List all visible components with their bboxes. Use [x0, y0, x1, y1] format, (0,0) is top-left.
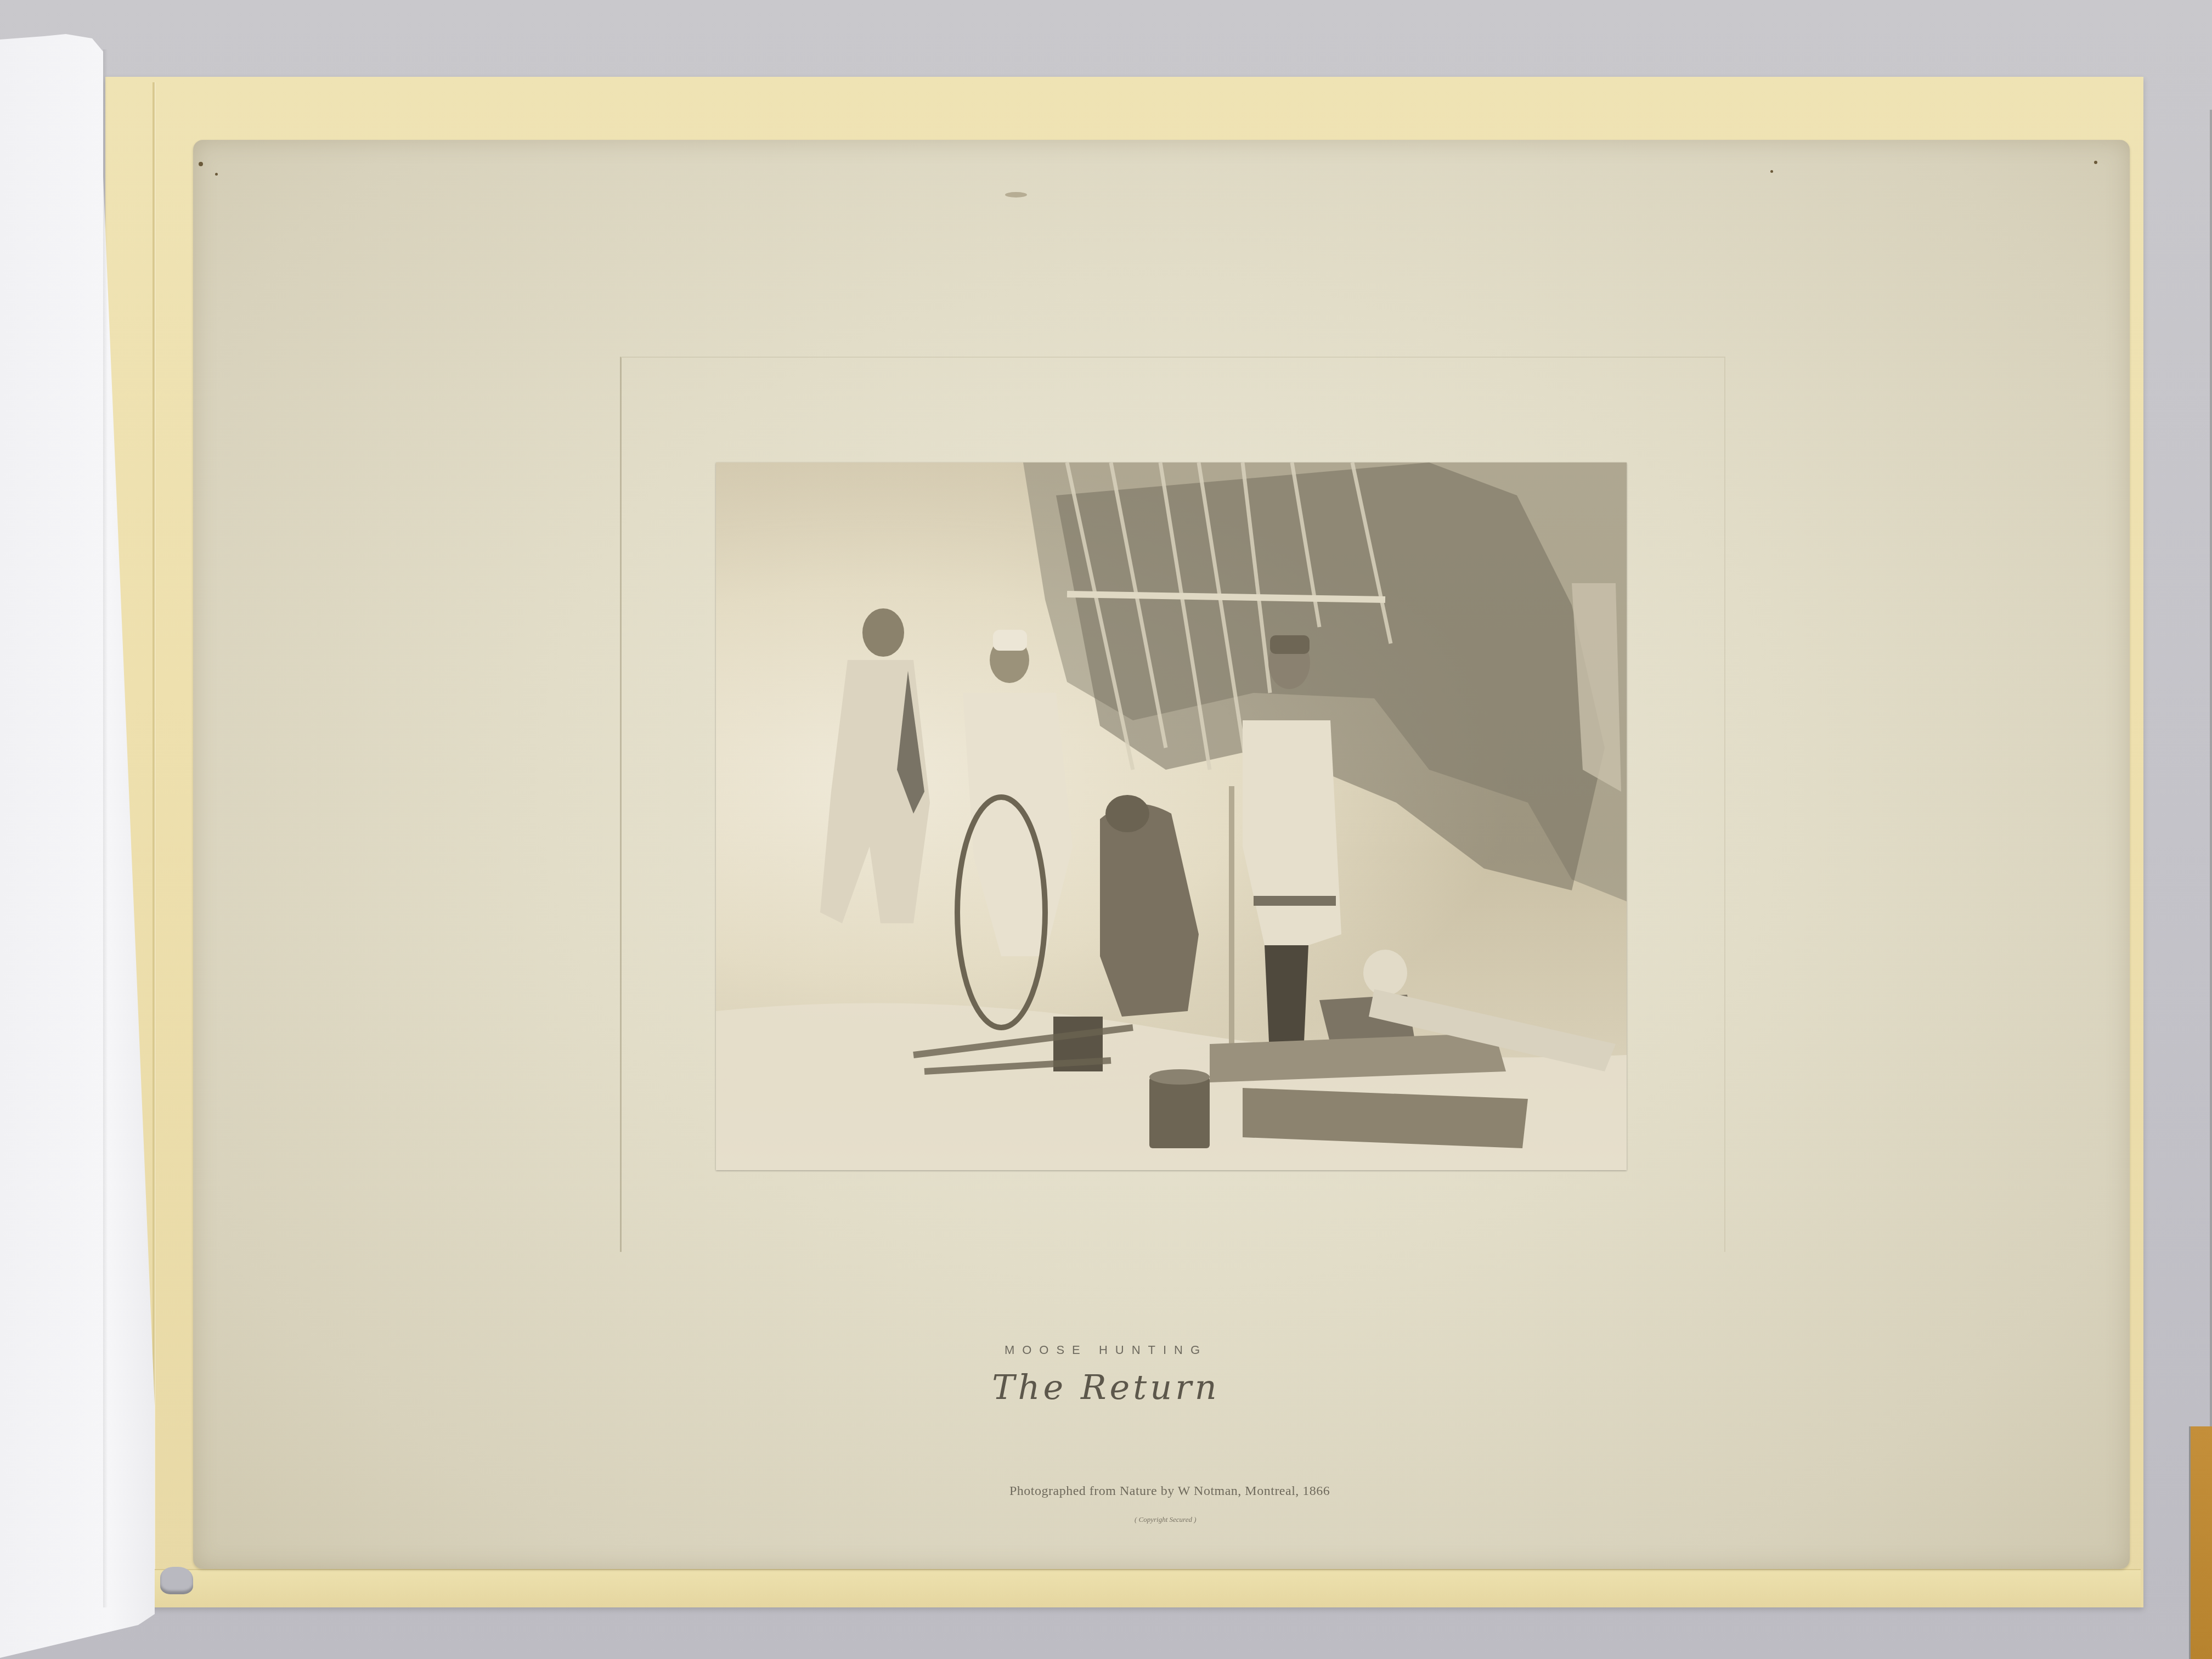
foxing-spot [1770, 170, 1773, 173]
plate-title: The Return [0, 1367, 2212, 1407]
copyright-note: ( Copyright Secured ) [1135, 1515, 1197, 1524]
orange-card-edge [2189, 1426, 2212, 1659]
series-title: MOOSE HUNTING [0, 1343, 2212, 1357]
folder-corner-tab [160, 1567, 193, 1594]
folder-bottom-flap [155, 1569, 2141, 1607]
photographer-credit: Photographed from Nature by W Notman, Mo… [1009, 1484, 1330, 1499]
photo-scene [716, 462, 1627, 1170]
foxing-stain [1005, 192, 1027, 198]
table-edge-line [2210, 110, 2212, 1426]
foxing-spot [199, 162, 203, 166]
albumen-photograph [716, 462, 1627, 1170]
foxing-spot [2094, 161, 2097, 164]
foxing-spot [215, 173, 218, 176]
